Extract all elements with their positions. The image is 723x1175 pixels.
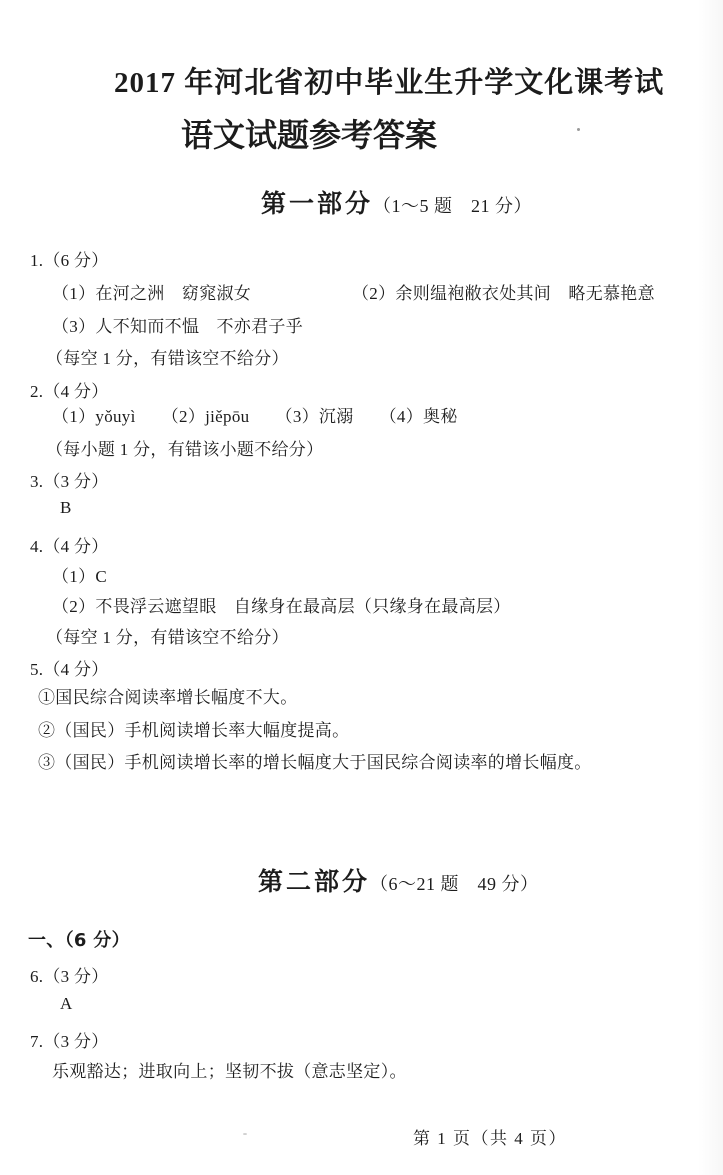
q4-grading-note: （每空 1 分，有错该空不给分）: [46, 623, 289, 648]
q3-label: 3.（3 分）: [30, 467, 109, 492]
q7-answer: 乐观豁达；进取向上；坚韧不拔（意志坚定）。: [52, 1057, 407, 1082]
scan-speck: [243, 1133, 247, 1135]
q1-answer1-right: （2）余则缊袍敝衣处其间 略无慕艳意: [352, 279, 655, 304]
part1-heading-title: 第一部分: [261, 184, 373, 220]
q5-label: 5.（4 分）: [30, 655, 109, 680]
exam-title: 2017 年河北省初中毕业生升学文化课考试: [114, 60, 664, 101]
subject-title: 语文试题参考答案: [181, 110, 437, 156]
q5-point2: ②（国民）手机阅读增长率大幅度提高。: [38, 716, 349, 741]
q2-label: 2.（4 分）: [30, 377, 109, 402]
q7-label: 7.（3 分）: [30, 1027, 109, 1052]
q1-answer2: （3）人不知而不愠 不亦君子乎: [52, 312, 303, 337]
q5-point3: ③（国民）手机阅读增长率的增长幅度大于国民综合阅读率的增长幅度。: [38, 748, 592, 773]
scanned-answer-page: 2017 年河北省初中毕业生升学文化课考试 语文试题参考答案 第一部分 （1～5…: [0, 0, 723, 1175]
part1-heading-note: （1～5 题 21 分）: [373, 192, 532, 218]
q1-answer1-left: （1）在河之洲 窈窕淑女: [52, 279, 251, 304]
q5-point1: ①国民综合阅读率增长幅度不大。: [38, 683, 298, 708]
q2-grading-note: （每小题 1 分，有错该小题不给分）: [46, 435, 323, 460]
page-number: 第 1 页（共 4 页）: [413, 1124, 567, 1149]
part2-heading-title: 第二部分: [258, 862, 370, 898]
scan-speck: [577, 128, 580, 131]
part1-heading: 第一部分 （1～5 题 21 分）: [261, 184, 532, 220]
q1-label: 1.（6 分）: [30, 246, 109, 271]
q6-label: 6.（3 分）: [30, 962, 109, 987]
q4-answer1: （1）C: [52, 562, 107, 587]
q4-label: 4.（4 分）: [30, 532, 109, 557]
part2-section1-label: 一、（6 分）: [28, 926, 130, 952]
q6-answer: A: [60, 994, 73, 1014]
q3-answer: B: [60, 498, 72, 518]
q2-answers: （1）yǒuyì （2）jiěpōu （3）沉溺 （4）奥秘: [52, 402, 458, 427]
part2-heading: 第二部分 （6～21 题 49 分）: [258, 862, 539, 898]
part2-heading-note: （6～21 题 49 分）: [370, 870, 539, 896]
q4-answer2: （2）不畏浮云遮望眼 自缘身在最高层（只缘身在最高层）: [52, 592, 511, 617]
q1-grading-note: （每空 1 分，有错该空不给分）: [46, 344, 289, 369]
